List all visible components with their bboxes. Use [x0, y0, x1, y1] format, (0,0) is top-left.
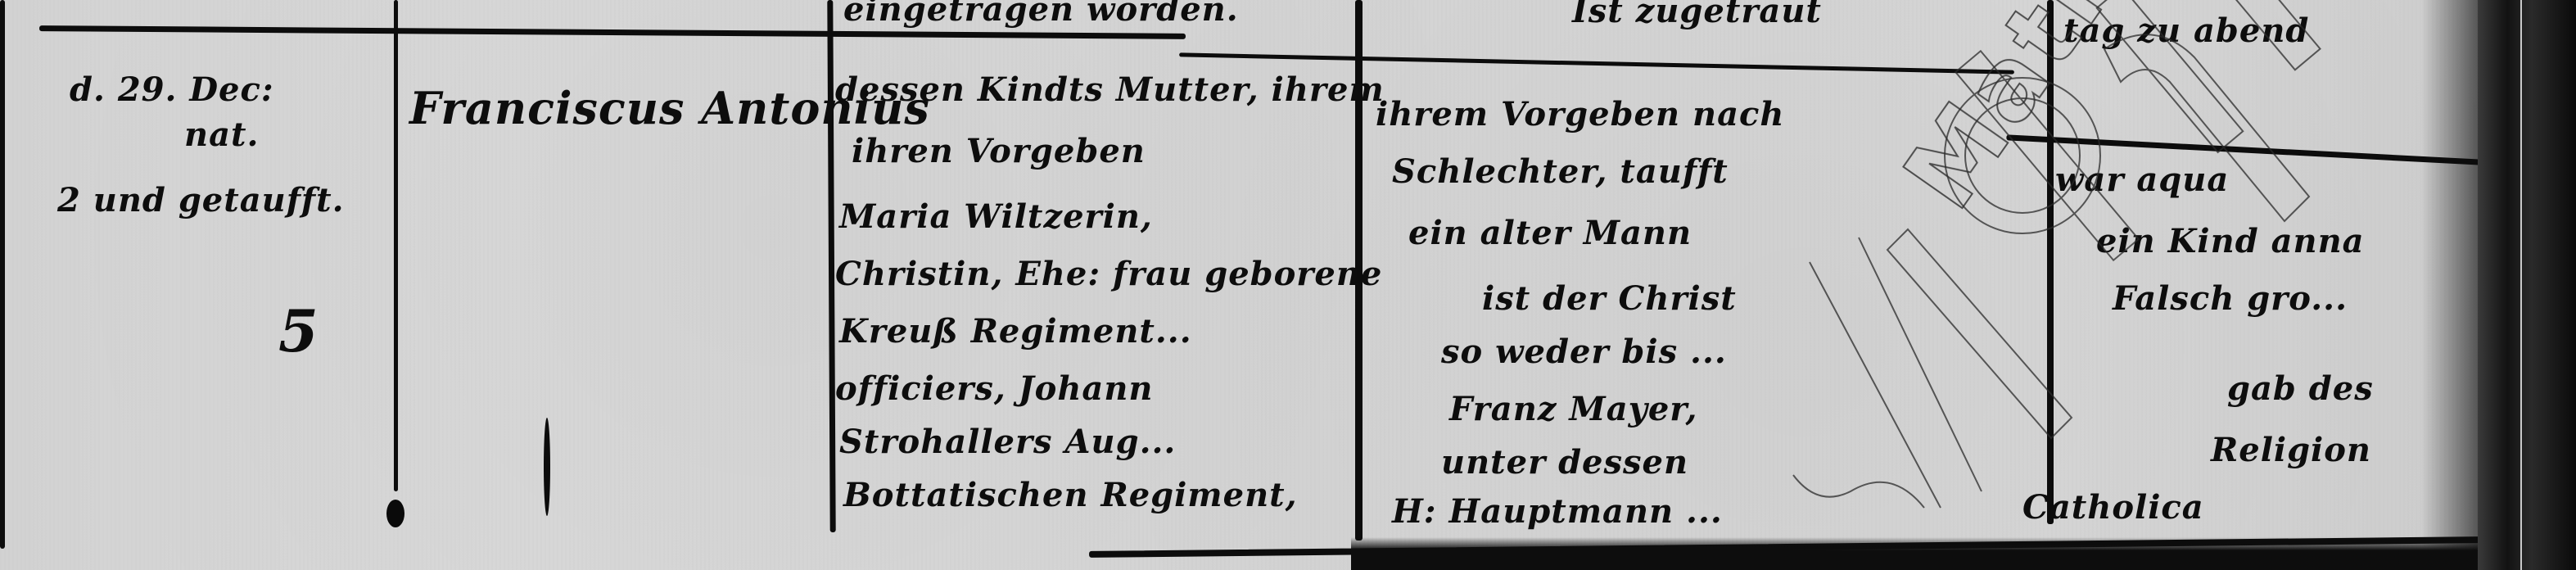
parents-line: Strohallers Aug...	[839, 426, 1176, 459]
date-line-2: nat.	[184, 119, 259, 152]
godparents-line: unter dessen	[1441, 446, 1688, 479]
parents-line: dessen Kindts Mutter, ihrem	[835, 74, 1385, 106]
page-bottom-shadow	[1351, 537, 2478, 570]
godparents-line: ein alter Mann	[1408, 217, 1692, 250]
register-page: eingetragen worden. Ist zugetraut tag zu…	[0, 0, 2576, 570]
godparents-line: so weder bis ...	[1441, 336, 1727, 369]
margin-mark: 5	[278, 303, 319, 360]
parents-line: Bottatischen Regiment,	[843, 479, 1298, 512]
remarks-line: Religion	[2211, 434, 2371, 467]
remarks-line: Falsch gro...	[2113, 283, 2348, 315]
godparents-line: Schlechter, taufft	[1392, 156, 1729, 188]
remarks-line: gab des	[2227, 373, 2374, 405]
date-line-1: d. 29. Dec:	[70, 74, 274, 106]
parents-line: Kreuß Regiment...	[839, 315, 1192, 348]
parents-line: Maria Wiltzerin,	[839, 201, 1153, 233]
parents-line: Christin, Ehe: frau geborene	[835, 258, 1382, 291]
godparents-line: H: Hauptmann ...	[1392, 495, 1723, 528]
remarks-line: war aqua	[2055, 164, 2229, 197]
column-rule-1	[0, 0, 5, 549]
column-rule-2	[394, 0, 398, 491]
parents-line: ihren Vorgeben	[852, 135, 1146, 168]
parents-line: officiers, Johann	[835, 373, 1154, 405]
binding-highlight	[2520, 0, 2522, 570]
godparents-line: Franz Mayer,	[1449, 393, 1697, 426]
godparents-line: ihrem Vorgeben nach	[1376, 98, 1784, 131]
ink-drop	[386, 500, 404, 527]
column-rule-2b	[544, 418, 550, 516]
remarks-line: ein Kind anna	[2096, 225, 2365, 258]
carryover-parents: eingetragen worden.	[843, 0, 1239, 26]
carryover-godparents: Ist zugetraut	[1572, 0, 1822, 28]
date-line-3: 2 und getaufft.	[57, 184, 345, 217]
page-binding-edge	[2478, 0, 2576, 570]
remarks-line: Catholica	[2022, 491, 2204, 524]
godparents-line: ist der Christ	[1482, 283, 1737, 315]
